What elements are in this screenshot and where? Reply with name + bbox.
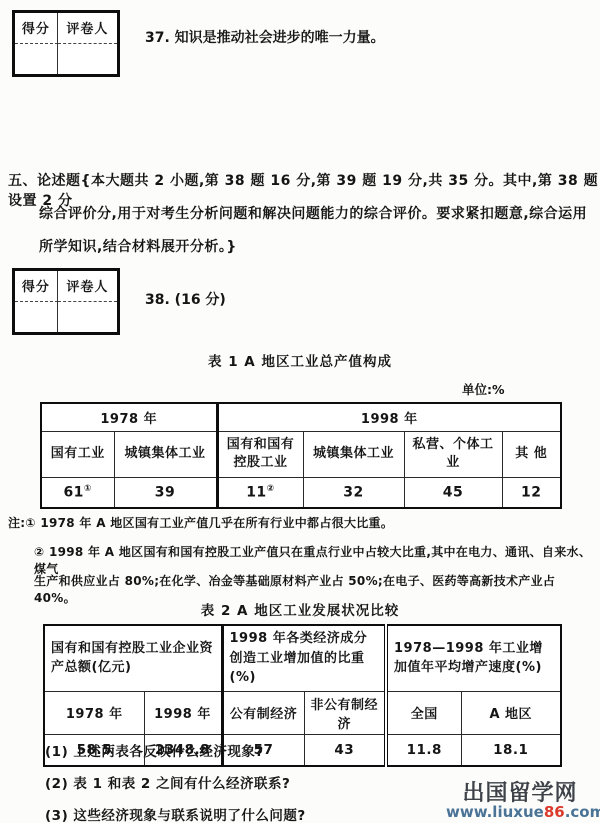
watermark-site-url: www.liuxue86.com [446, 805, 594, 821]
table2-group-header: 1998 年各类经济成分创造工业增加值的比重(%) [222, 625, 386, 691]
score-value-cell [15, 44, 58, 75]
table1-note-1: 注:① 1978 年 A 地区国有工业产值几乎在所有行业中都占很大比重。 [8, 514, 393, 531]
question-38-part3: (3) 这些经济现象与联系说明了什么问题? [45, 804, 306, 823]
table1-col-header: 城镇集体工业 [114, 431, 217, 477]
url-suffix: .com [565, 803, 600, 821]
table1-data-row: 61① 39 11② 32 45 12 [41, 477, 561, 508]
exam-paper-page: { "scorebox": { "score_label": "得分", "gr… [0, 0, 600, 823]
table1-value: 45 [443, 485, 463, 501]
table1-year-row: 1978 年 1998 年 [41, 403, 561, 431]
table1-value: 39 [155, 485, 175, 501]
section5-intro-line3: 所学知识,结合材料展开分析。} [39, 236, 237, 256]
table1-value-cell: 61① [41, 477, 114, 508]
question-38-number: 38. (16 分) [145, 289, 226, 309]
grader-value-cell [58, 44, 117, 75]
table1-value-cell: 45 [404, 477, 502, 508]
score-box-q38: 得分 评卷人 [12, 268, 120, 335]
footnote-marker-2: ② [267, 484, 275, 494]
table1-value-cell: 39 [114, 477, 217, 508]
score-label: 得分 [15, 13, 58, 44]
table1-unit-label: 单位:% [462, 380, 505, 398]
question-38-part2: (2) 表 1 和表 2 之间有什么经济联系? [45, 772, 290, 792]
score-label: 得分 [15, 271, 58, 302]
table1-col-header: 私营、个体工业 [404, 431, 502, 477]
url-number: 86 [544, 803, 565, 821]
table2-title: 表 2 A 地区工业发展状况比较 [0, 599, 600, 619]
table2-col-header: 1978 年 [44, 691, 144, 734]
table1-value-cell: 11② [217, 477, 303, 508]
grader-value-cell [58, 302, 117, 333]
table1-value: 12 [521, 485, 541, 501]
grader-label: 评卷人 [58, 13, 117, 44]
table2-value-cell: 18.1 [461, 734, 561, 766]
table1-value: 61 [63, 485, 83, 501]
section5-intro-line2: 综合评价分,用于对考生分析问题和解决问题能力的综合评价。要求紧扣题意,综合运用 [39, 203, 587, 223]
url-prefix: www.liuxue [446, 803, 544, 821]
table2-value-cell: 11.8 [386, 734, 461, 766]
table1-year-1978: 1978 年 [41, 403, 217, 431]
table1-col-header: 城镇集体工业 [303, 431, 404, 477]
table1-value-cell: 12 [502, 477, 561, 508]
table2-group-header: 1978—1998 年工业增加值年平均增产速度(%) [386, 625, 561, 691]
table1-col-header: 国有和国有控股工业 [217, 431, 303, 477]
table2-col-header: 全国 [386, 691, 461, 734]
grader-label: 评卷人 [58, 271, 117, 302]
question-38-part1: (1) 上述两表各反映什么经济现象? [45, 740, 264, 760]
table2-col-header: A 地区 [461, 691, 561, 734]
table1: 1978 年 1998 年 国有工业 城镇集体工业 国有和国有控股工业 城镇集体… [40, 402, 562, 509]
table1-value-cell: 32 [303, 477, 404, 508]
table2-col-header: 1998 年 [144, 691, 222, 734]
table1-title: 表 1 A 地区工业总产值构成 [0, 350, 600, 370]
site-watermark: 出国留学网 www.liuxue86.com [446, 782, 594, 821]
table1-value: 32 [343, 485, 363, 501]
table2-col-header: 非公有制经济 [304, 691, 386, 734]
table2-value-cell: 43 [304, 734, 386, 766]
question-37-statement: 37. 知识是推动社会进步的唯一力量。 [145, 27, 385, 47]
table2-header-row: 1978 年 1998 年 公有制经济 非公有制经济 全国 A 地区 [44, 691, 561, 734]
table2-col-header: 公有制经济 [222, 691, 304, 734]
table1-col-header: 其 他 [502, 431, 561, 477]
table2-group-header-row: 国有和国有控股工业企业资产总额(亿元) 1998 年各类经济成分创造工业增加值的… [44, 625, 561, 691]
table1-value: 11 [246, 485, 266, 501]
table1-header-row: 国有工业 城镇集体工业 国有和国有控股工业 城镇集体工业 私营、个体工业 其 他 [41, 431, 561, 477]
table1-year-1998: 1998 年 [217, 403, 561, 431]
score-value-cell [15, 302, 58, 333]
watermark-site-name: 出国留学网 [446, 782, 594, 805]
score-box-q37: 得分 评卷人 [12, 10, 120, 77]
footnote-marker-1: ① [84, 484, 92, 494]
table2-group-header: 国有和国有控股工业企业资产总额(亿元) [44, 625, 222, 691]
table1-col-header: 国有工业 [41, 431, 114, 477]
